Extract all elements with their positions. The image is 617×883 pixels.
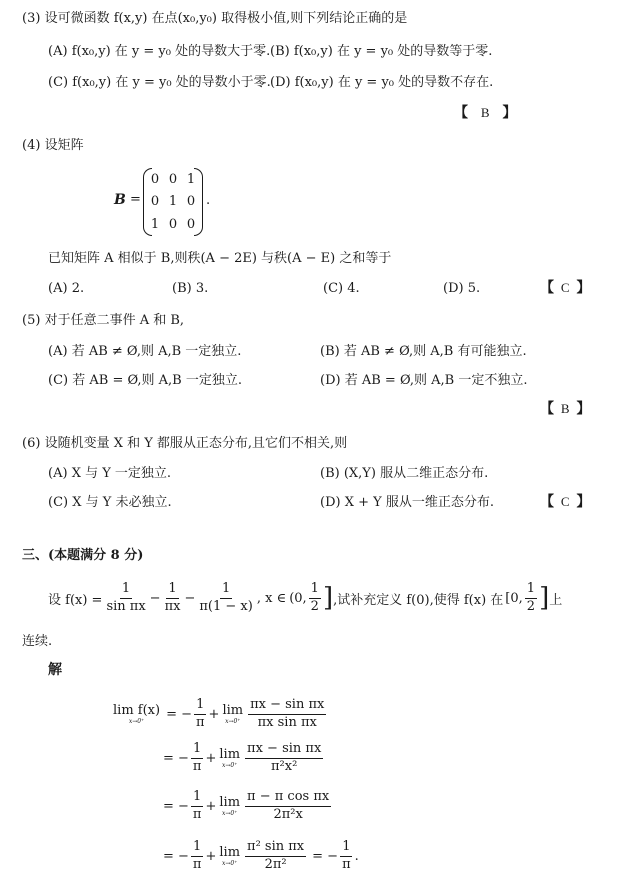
option-label: (D) [320,373,341,388]
limit-word: lim [222,704,243,717]
option-label: (C) [48,75,68,90]
option-text: f(x₀,y) 在 y = y₀ 处的导数等于零. [294,44,493,59]
option-label: (D) [443,281,464,296]
fraction: 1 π [191,840,204,872]
option-text: 4. [347,281,359,296]
denominator: 2π²x [271,807,304,822]
answer-value: C [557,281,573,294]
option-label: (C) [323,281,343,296]
option-text: f(x₀,y) 在 y = y₀ 处的导数不存在. [295,75,494,90]
q3-answer: 【 B 】 [454,106,517,121]
denominator: π [191,807,204,822]
answer-value: B [557,402,573,415]
matrix-cell: 0 [148,194,162,209]
q3-option-d: (D) f(x₀,y) 在 y = y₀ 处的导数不存在. [270,76,493,89]
q4-option-d: (D) 5. [443,282,480,295]
denominator: πx [163,599,183,614]
question-text: 设随机变量 X 和 Y 都服从正态分布,且它们不相关,则 [45,436,348,451]
option-text: X + Y 服从一维正态分布. [345,495,494,510]
matrix-cell: 0 [166,217,180,232]
equals-minus: = − [312,849,338,864]
fraction: π − π cos πx 2π²x [245,790,331,822]
plus-sign: + [205,751,216,766]
option-text: 若 AB = Ø,则 A,B 一定独立. [72,373,242,388]
limit-word: lim [219,846,240,859]
lhs-expression: lim f(x) [113,704,160,717]
bracket-close: 】 [503,106,517,121]
denominator: π [191,857,204,872]
lhs-limit: lim f(x) x→0⁺ [113,704,160,725]
section-3-problem: 设 f(x) = 1 sin πx − 1 πx − 1 π(1 − x) , … [48,578,562,618]
bracket-open: 【 [454,106,468,121]
denominator: 2 [525,599,537,614]
limit-word: lim [219,796,240,809]
q5-option-a: (A) 若 AB ≠ Ø,则 A,B 一定独立. [48,345,241,358]
continuation-text: 连续. [22,635,52,648]
solution-label: 解 [48,663,62,677]
fraction: πx − sin πx πx sin πx [248,698,326,730]
plus-sign: + [205,799,216,814]
question-3-stem: (3) 设可微函数 f(x,y) 在点(x₀,y₀) 取得极小值,则下列结论正确… [22,12,407,25]
option-label: (A) [48,281,68,296]
matrix-cell: 0 [166,172,180,187]
option-text: 2. [72,281,84,296]
question-number: (5) [22,313,40,328]
option-label: (C) [48,495,68,510]
answer-value: C [557,495,573,508]
matrix-cell: 1 [166,194,180,209]
q4-option-a: (A) 2. [48,282,84,295]
interval-left: (0, [289,591,306,606]
q6-option-a: (A) X 与 Y 一定独立. [48,467,171,480]
q3-option-a: (A) f(x₀,y) 在 y = y₀ 处的导数大于零. [48,45,270,58]
numerator: 1 [191,742,203,758]
matrix-cell: 1 [148,217,162,232]
option-text: (X,Y) 服从二维正态分布. [344,466,488,481]
denominator: π²x² [269,759,299,774]
end-period: . [355,849,359,864]
equals-minus: = − [166,707,192,722]
problem-prefix: 设 f(x) = [48,589,102,608]
denominator: sin πx [104,599,147,614]
limit-subscript: x→0⁺ [222,861,237,867]
numerator: 1 [120,582,132,598]
equals-sign: = [130,193,141,206]
equals-minus: = − [163,751,189,766]
limit: lim x→0⁺ [222,704,243,725]
q4-followup: 已知矩阵 A 相似于 B,则秩(A − 2E) 与秩(A − E) 之和等于 [48,252,391,265]
q6-option-c: (C) X 与 Y 未必独立. [48,496,172,509]
answer-value: B [471,106,499,119]
option-label: (B) [320,344,340,359]
q3-option-b: (B) f(x₀,y) 在 y = y₀ 处的导数等于零. [270,45,492,58]
option-label: (A) [48,44,68,59]
question-number: (6) [22,436,40,451]
equals-minus: = − [163,799,189,814]
denominator: π [191,759,204,774]
equals-minus: = − [163,849,189,864]
numerator: 1 [191,840,203,856]
limit-subscript: x→0⁺ [222,811,237,817]
limit-word: lim [219,748,240,761]
q4-answer: 【 C 】 [540,281,591,296]
matrix-cell: 0 [184,217,198,232]
denominator: 2 [309,599,321,614]
fraction: 1 π [191,790,204,822]
option-label: (D) [320,495,341,510]
fraction-1: 1 sin πx [104,582,147,614]
option-text: f(x₀,y) 在 y = y₀ 处的导数大于零. [72,44,271,59]
plus-sign: + [209,707,220,722]
minus-sign: − [150,591,161,606]
numerator: π² sin πx [245,840,306,856]
option-label: (B) [172,281,192,296]
option-label: (B) [270,44,290,59]
solution-line-1: lim f(x) x→0⁺ = − 1 π + lim x→0⁺ πx − si… [110,694,328,734]
numerator: π − π cos πx [245,790,331,806]
matrix-cell: 0 [184,194,198,209]
numerator: 1 [166,582,178,598]
bracket-close: 】 [577,281,591,296]
suffix-text: 上 [549,589,562,608]
q3-option-c: (C) f(x₀,y) 在 y = y₀ 处的导数小于零. [48,76,271,89]
fraction-2: 1 πx [163,582,183,614]
option-label: (D) [270,75,291,90]
denominator: πx sin πx [256,715,319,730]
numerator: 1 [194,698,206,714]
question-number: (3) [22,11,40,26]
solution-line-3: = − 1 π + lim x→0⁺ π − π cos πx 2π²x [163,786,333,826]
denominator: π [194,715,207,730]
option-text: 若 AB = Ø,则 A,B 一定不独立. [345,373,528,388]
fraction-result: 1 π [340,840,353,872]
option-text: 5. [468,281,480,296]
option-label: (A) [48,344,68,359]
matrix-name: B [114,193,126,207]
question-text: 设可微函数 f(x,y) 在点(x₀,y₀) 取得极小值,则下列结论正确的是 [45,11,408,26]
option-text: 若 AB ≠ Ø,则 A,B 有可能独立. [344,344,527,359]
option-label: (A) [48,466,68,481]
limit: lim x→0⁺ [219,748,240,769]
option-text: f(x₀,y) 在 y = y₀ 处的导数小于零. [72,75,271,90]
q6-answer: 【 C 】 [540,495,591,510]
fraction: 1 π [191,742,204,774]
bracket-close: ] [323,583,333,613]
fraction: πx − sin πx π²x² [245,742,323,774]
numerator: 1 [525,582,537,598]
bracket-open: 【 [540,495,554,510]
bracket-open: 【 [540,402,554,417]
q4-option-b: (B) 3. [172,282,208,295]
minus-sign: − [184,591,195,606]
numerator: 1 [340,840,352,856]
option-text: X 与 Y 未必独立. [72,495,171,510]
fraction-half: 1 2 [309,582,321,614]
question-text: 对于任意二事件 A 和 B, [45,313,184,328]
question-5-stem: (5) 对于任意二事件 A 和 B, [22,314,184,327]
numerator: 1 [309,582,321,598]
q5-option-b: (B) 若 AB ≠ Ø,则 A,B 有可能独立. [320,345,527,358]
matrix-period: . [206,194,210,207]
option-text: X 与 Y 一定独立. [72,466,171,481]
limit-subscript: x→0⁺ [225,719,240,725]
limit-subscript: x→0⁺ [129,719,144,725]
bracket-close: 】 [577,495,591,510]
plus-sign: + [205,849,216,864]
denominator: π [340,857,353,872]
bracket-close: ] [539,583,549,613]
matrix-cell: 1 [184,172,198,187]
limit: lim x→0⁺ [219,796,240,817]
fraction: π² sin πx 2π² [245,840,306,872]
option-label: (B) [320,466,340,481]
q5-answer: 【 B 】 [540,402,591,417]
question-number: (4) [22,138,40,153]
denominator: π(1 − x) [197,599,254,614]
q4-option-c: (C) 4. [323,282,360,295]
numerator: πx − sin πx [245,742,323,758]
q6-option-b: (B) (X,Y) 服从二维正态分布. [320,467,488,480]
middle-text: ,试补充定义 f(0),使得 f(x) 在 [333,589,503,608]
question-text: 设矩阵 [45,138,84,153]
option-text: 3. [196,281,208,296]
q6-option-d: (D) X + Y 服从一维正态分布. [320,496,494,509]
denominator: 2π² [263,857,289,872]
fraction-3: 1 π(1 − x) [197,582,254,614]
domain-text: , x ∈ [257,591,286,606]
question-4-stem: (4) 设矩阵 [22,139,84,152]
question-6-stem: (6) 设随机变量 X 和 Y 都服从正态分布,且它们不相关,则 [22,437,347,450]
numerator: 1 [220,582,232,598]
solution-line-2: = − 1 π + lim x→0⁺ πx − sin πx π²x² [163,738,325,778]
q5-option-d: (D) 若 AB = Ø,则 A,B 一定不独立. [320,374,527,387]
q5-option-c: (C) 若 AB = Ø,则 A,B 一定独立. [48,374,242,387]
limit: lim x→0⁺ [219,846,240,867]
limit-subscript: x→0⁺ [222,763,237,769]
section-3-heading: 三、(本题满分 8 分) [22,549,143,562]
bracket-close: 】 [577,402,591,417]
fraction-half-2: 1 2 [525,582,537,614]
numerator: πx − sin πx [248,698,326,714]
matrix-cell: 0 [148,172,162,187]
numerator: 1 [191,790,203,806]
bracket-open: 【 [540,281,554,296]
fraction: 1 π [194,698,207,730]
interval2-left: [0, [505,591,522,606]
option-label: (C) [48,373,68,388]
solution-line-4: = − 1 π + lim x→0⁺ π² sin πx 2π² = − 1 π… [163,836,359,876]
option-text: 若 AB ≠ Ø,则 A,B 一定独立. [72,344,242,359]
matrix-b: 0 0 1 0 1 0 1 0 0 [143,168,203,234]
